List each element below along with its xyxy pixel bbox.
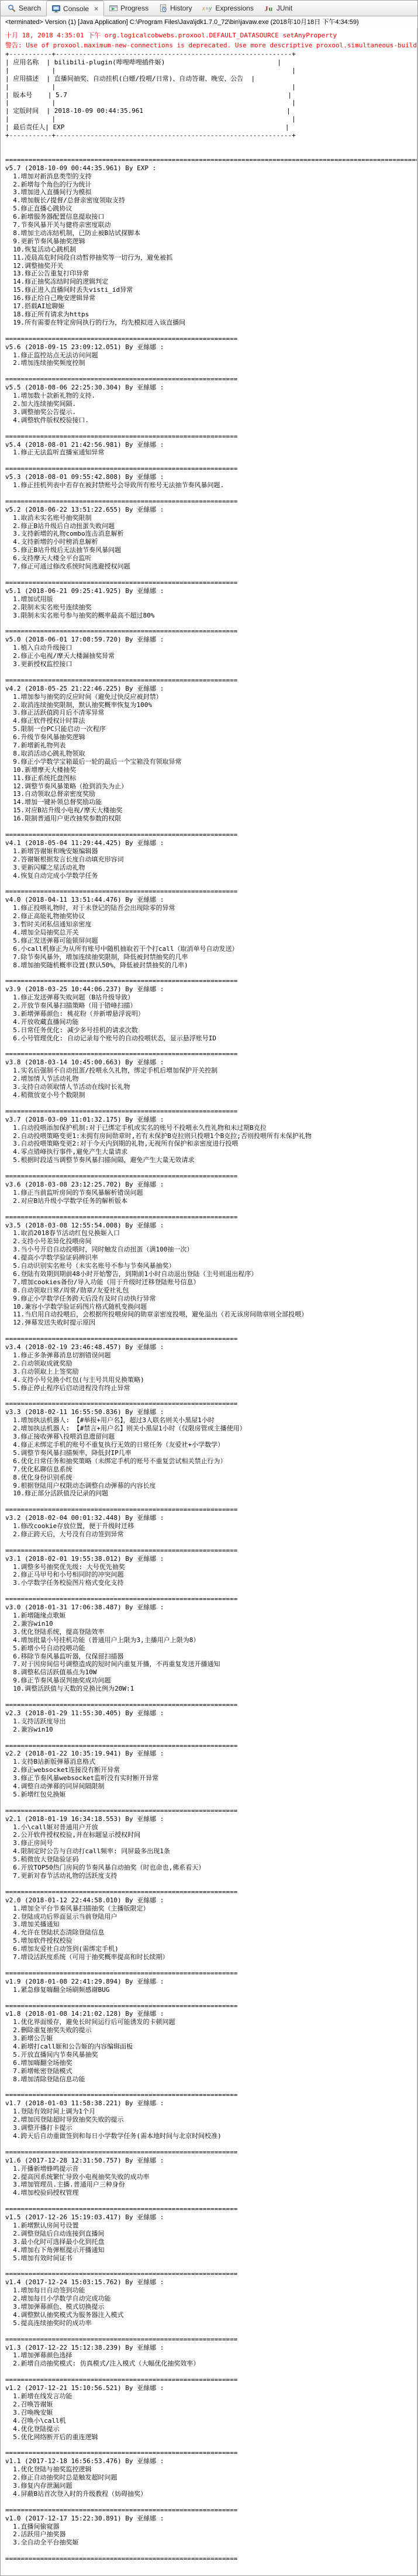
expressions-icon: x = y [202, 4, 212, 12]
svg-text:x: x [202, 6, 205, 12]
tab-label: History [170, 4, 192, 12]
history-icon [159, 4, 167, 12]
view-tab-bar: Search Console × Pr [1, 1, 417, 16]
console-stdout-text: +-----------+---------------------------… [5, 50, 417, 2563]
console-status-line: <terminated> Version (1) [Java Applicati… [1, 16, 417, 28]
tab-history[interactable]: History [154, 1, 197, 16]
tab-label: JUnit [277, 4, 292, 12]
svg-text:=: = [206, 6, 209, 12]
tab-junit[interactable]: J u JUnit [259, 1, 298, 16]
console-stderr-line-1: 十月 18, 2018 4:35:01 下午 org.logicalcobweb… [5, 30, 417, 40]
eclipse-console-view: Search Console × Pr [0, 0, 418, 2576]
tab-label: Progress [120, 4, 148, 12]
tab-label: Search [19, 4, 41, 12]
tab-progress[interactable]: Progress [104, 1, 154, 16]
tab-label: Console [63, 5, 89, 13]
tab-expressions[interactable]: x = y Expressions [197, 1, 258, 16]
console-icon [52, 5, 60, 13]
tab-label: Expressions [215, 4, 253, 12]
tab-console[interactable]: Console × [46, 1, 104, 16]
svg-text:u: u [268, 5, 272, 13]
tab-close-icon[interactable]: × [94, 5, 98, 13]
search-icon [8, 4, 16, 12]
console-output-area[interactable]: 十月 18, 2018 4:35:01 下午 org.logicalcobweb… [1, 28, 417, 2575]
junit-icon: J u [264, 4, 274, 12]
progress-icon [109, 4, 118, 12]
svg-text:y: y [209, 6, 212, 12]
tab-search[interactable]: Search [2, 1, 46, 16]
console-stderr-line-2: 警告: Use of proxool.maximum-new-connectio… [5, 40, 417, 50]
svg-text:J: J [264, 5, 268, 13]
